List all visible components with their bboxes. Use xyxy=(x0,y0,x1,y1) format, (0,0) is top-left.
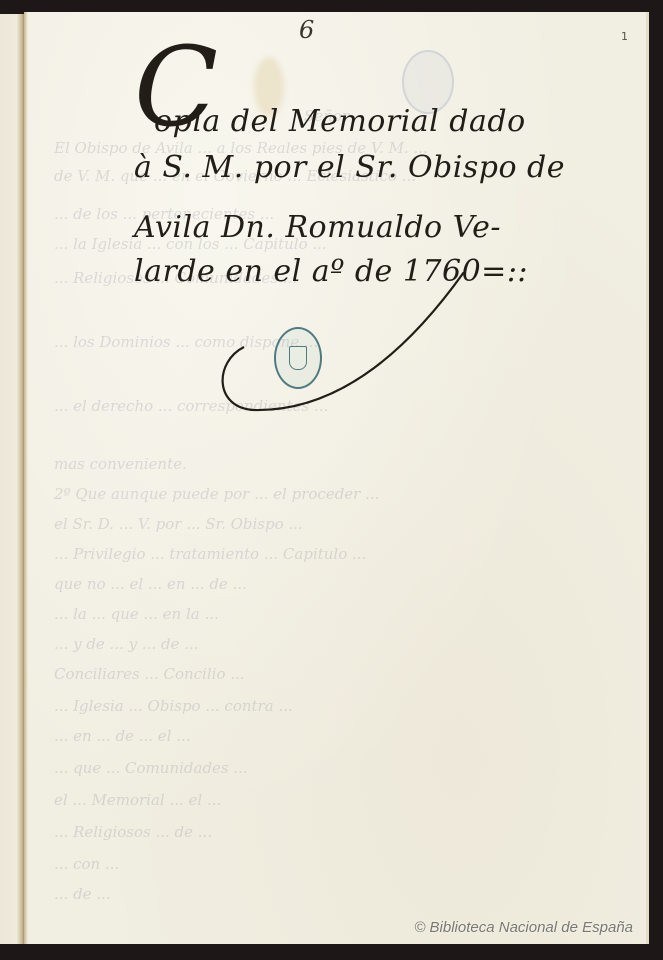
ghost-line: 2º Que aunque puede por ... el proceder … xyxy=(54,485,614,503)
manuscript-page: 1 6 Señor El Obispo de Avila ... a los R… xyxy=(24,12,649,944)
title-line-3: Avila Dn. Romualdo Ve- xyxy=(134,210,501,245)
ghost-line: mas conveniente. xyxy=(54,455,614,473)
title-line-2: à S. M. por el Sr. Obispo de xyxy=(134,150,565,185)
ghost-line: ... la ... que ... en la ... xyxy=(54,605,614,623)
ghost-line: ... Religiosos ... de ... xyxy=(54,823,614,841)
ghost-line: ... Iglesia ... Obispo ... contra ... xyxy=(54,697,614,715)
pen-flourish xyxy=(214,272,474,432)
ghost-line: el ... Memorial ... el ... xyxy=(54,791,614,809)
scan-border xyxy=(0,944,663,960)
ghost-line: el Sr. D. ... V. por ... Sr. Obispo ... xyxy=(54,515,614,533)
library-stamp xyxy=(274,327,322,389)
ghost-line: ... en ... de ... el ... xyxy=(54,727,614,745)
title-line-1: opia del Memorial dado xyxy=(154,104,526,139)
ghost-line: que no ... el ... en ... de ... xyxy=(54,575,614,593)
copyright-watermark: © Biblioteca Nacional de España xyxy=(414,919,633,936)
crest-icon xyxy=(289,346,307,370)
ghost-line: ... que ... Comunidades ... xyxy=(54,759,614,777)
ghost-line: Conciliares ... Concilio ... xyxy=(54,665,614,683)
ghost-line: ... de ... xyxy=(54,885,614,903)
left-page-edge xyxy=(0,14,24,944)
ghost-line: ... Privilegio ... tratamiento ... Capit… xyxy=(54,545,614,563)
ghost-line: ... y de ... y ... de ... xyxy=(54,635,614,653)
folio-number: 1 xyxy=(621,30,628,43)
ghost-line: ... con ... xyxy=(54,855,614,873)
top-mark: 6 xyxy=(299,16,314,44)
